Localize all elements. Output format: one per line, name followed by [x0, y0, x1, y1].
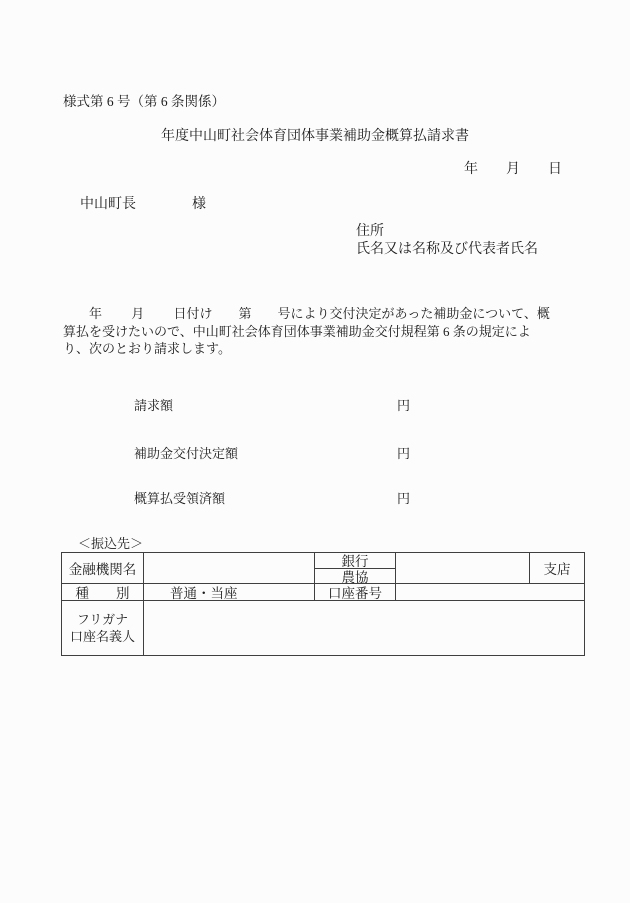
branch-label-cell: 支店 [530, 553, 585, 584]
bank-name-blank-cell [144, 553, 315, 584]
date-blank-line: 年 月 日 [464, 161, 562, 179]
applicant-address-label: 住所 [356, 223, 384, 241]
body-paragraph: 年 月 日付け 第 号により交付決定があった補助金について、概 算払を受けたいの… [63, 305, 550, 358]
received-amount-label: 概算払受領済額 [134, 488, 225, 507]
branch-name-blank-cell [396, 553, 530, 584]
account-kind-value-cell: 普通・当座 [144, 584, 315, 601]
amount-row-received: 概算払受領済額 円 [0, 488, 630, 504]
transfer-destination-table: 金融機関名 銀行 農協 支店 種 別 普通・当座 口座番号 フリガナ 口座名義人 [61, 552, 585, 656]
account-holder-label-cell: フリガナ 口座名義人 [62, 601, 144, 656]
addressee-line: 中山町長 様 [80, 196, 206, 214]
account-number-label-cell: 口座番号 [315, 584, 396, 601]
form-number-label: 様式第 6 号（第 6 条関係） [63, 94, 225, 111]
request-amount-label: 請求額 [134, 395, 173, 414]
request-amount-unit: 円 [397, 395, 410, 414]
account-holder-blank-cell [144, 601, 585, 656]
page-title: 年度中山町社会体育団体事業補助金概算払請求書 [0, 128, 630, 146]
amount-row-request: 請求額 円 [0, 395, 630, 411]
account-number-blank-cell [396, 584, 585, 601]
grant-decision-amount-label: 補助金交付決定額 [134, 443, 238, 462]
account-kind-label-cell: 種 別 [62, 584, 144, 601]
applicant-name-label: 氏名又は名称及び代表者氏名 [356, 241, 538, 259]
amount-row-grant-decision: 補助金交付決定額 円 [0, 443, 630, 459]
grant-decision-amount-unit: 円 [397, 443, 410, 462]
bank-type-bank-cell: 銀行 [315, 553, 396, 569]
transfer-destination-heading: ＜振込先＞ [78, 536, 143, 552]
received-amount-unit: 円 [397, 488, 410, 507]
document-page: 様式第 6 号（第 6 条関係） 年度中山町社会体育団体事業補助金概算払請求書 … [0, 0, 630, 903]
bank-type-coop-cell: 農協 [315, 569, 396, 585]
bank-name-label-cell: 金融機関名 [62, 553, 144, 584]
